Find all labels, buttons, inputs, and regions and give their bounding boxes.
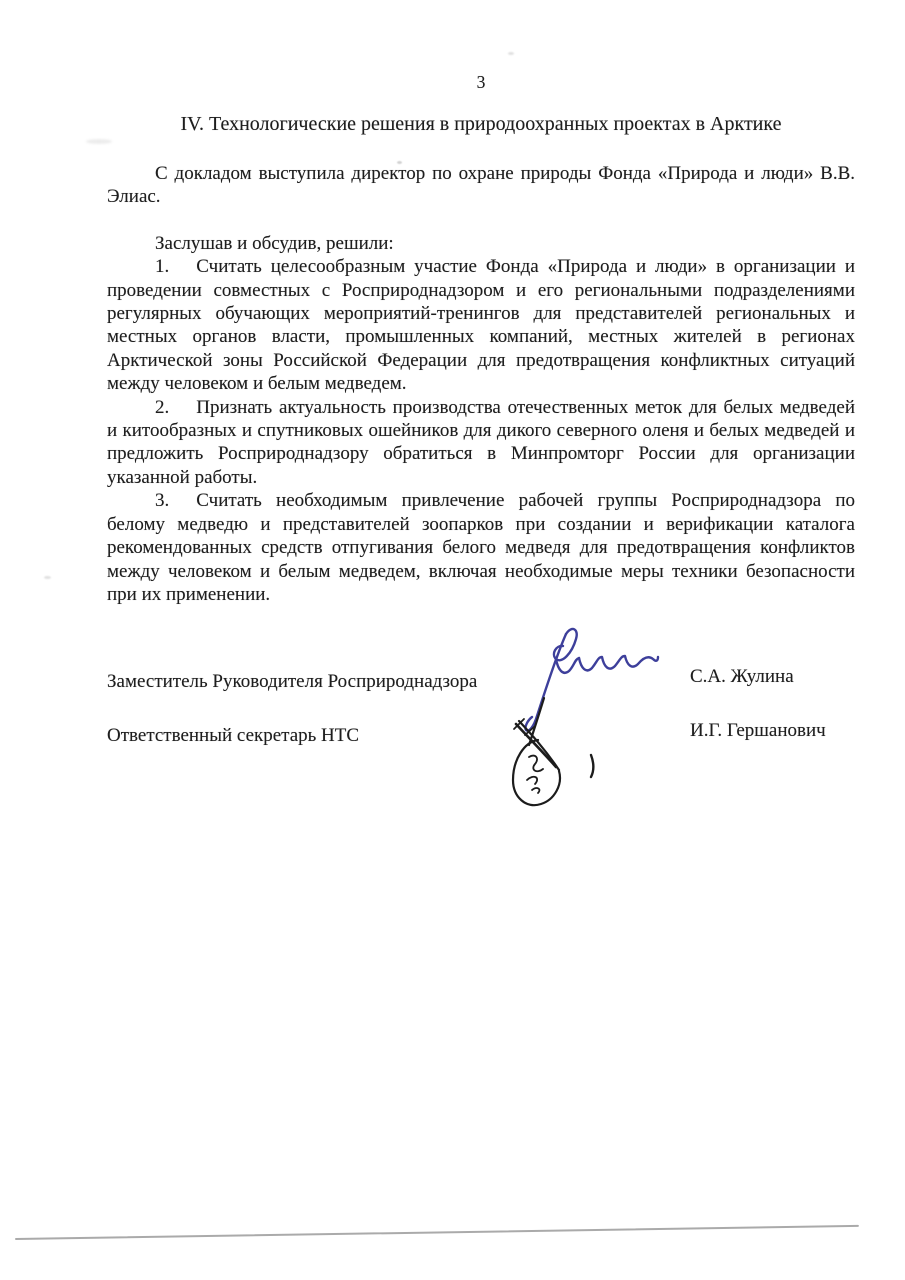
item-number: 3. bbox=[155, 490, 169, 511]
page-number: 3 bbox=[107, 71, 855, 94]
signatory-title: Ответственный секретарь НТС bbox=[107, 724, 359, 747]
item-text: Считать целесообразным участие Фонда «Пр… bbox=[107, 256, 855, 394]
scan-edge-line bbox=[15, 1225, 859, 1240]
handwritten-signatures bbox=[480, 614, 680, 824]
section-heading: IV. Технологические решения в природоохр… bbox=[100, 113, 862, 136]
signatory-title: Заместитель Руководителя Росприроднадзор… bbox=[107, 670, 477, 693]
item-text: Признать актуальность производства отече… bbox=[107, 397, 855, 488]
resolution-item-3: 3.Считать необходимым привлечение рабоче… bbox=[107, 489, 855, 606]
intro-paragraph: С докладом выступила директор по охране … bbox=[107, 162, 855, 209]
signature-ink-blue bbox=[525, 629, 658, 731]
document-body: С докладом выступила директор по охране … bbox=[107, 162, 855, 606]
signatory-name: И.Г. Гершанович bbox=[690, 719, 826, 742]
resolution-item-2: 2.Признать актуальность производства оте… bbox=[107, 396, 855, 490]
resolution-item-1: 1.Считать целесообразным участие Фонда «… bbox=[107, 255, 855, 395]
signatory-name: С.А. Жулина bbox=[690, 665, 794, 688]
scan-speck bbox=[397, 161, 402, 164]
signature-ink-black bbox=[513, 698, 593, 805]
scan-smudge bbox=[86, 139, 112, 144]
item-number: 1. bbox=[155, 256, 169, 277]
scan-speck bbox=[44, 576, 51, 579]
item-text: Считать необходимым привлечение рабочей … bbox=[107, 490, 855, 605]
scan-speck bbox=[508, 52, 514, 55]
scanned-document-page: 3 IV. Технологические решения в природоо… bbox=[0, 0, 905, 1280]
item-number: 2. bbox=[155, 397, 169, 418]
resolution-lead: Заслушав и обсудив, решили: bbox=[107, 232, 855, 255]
